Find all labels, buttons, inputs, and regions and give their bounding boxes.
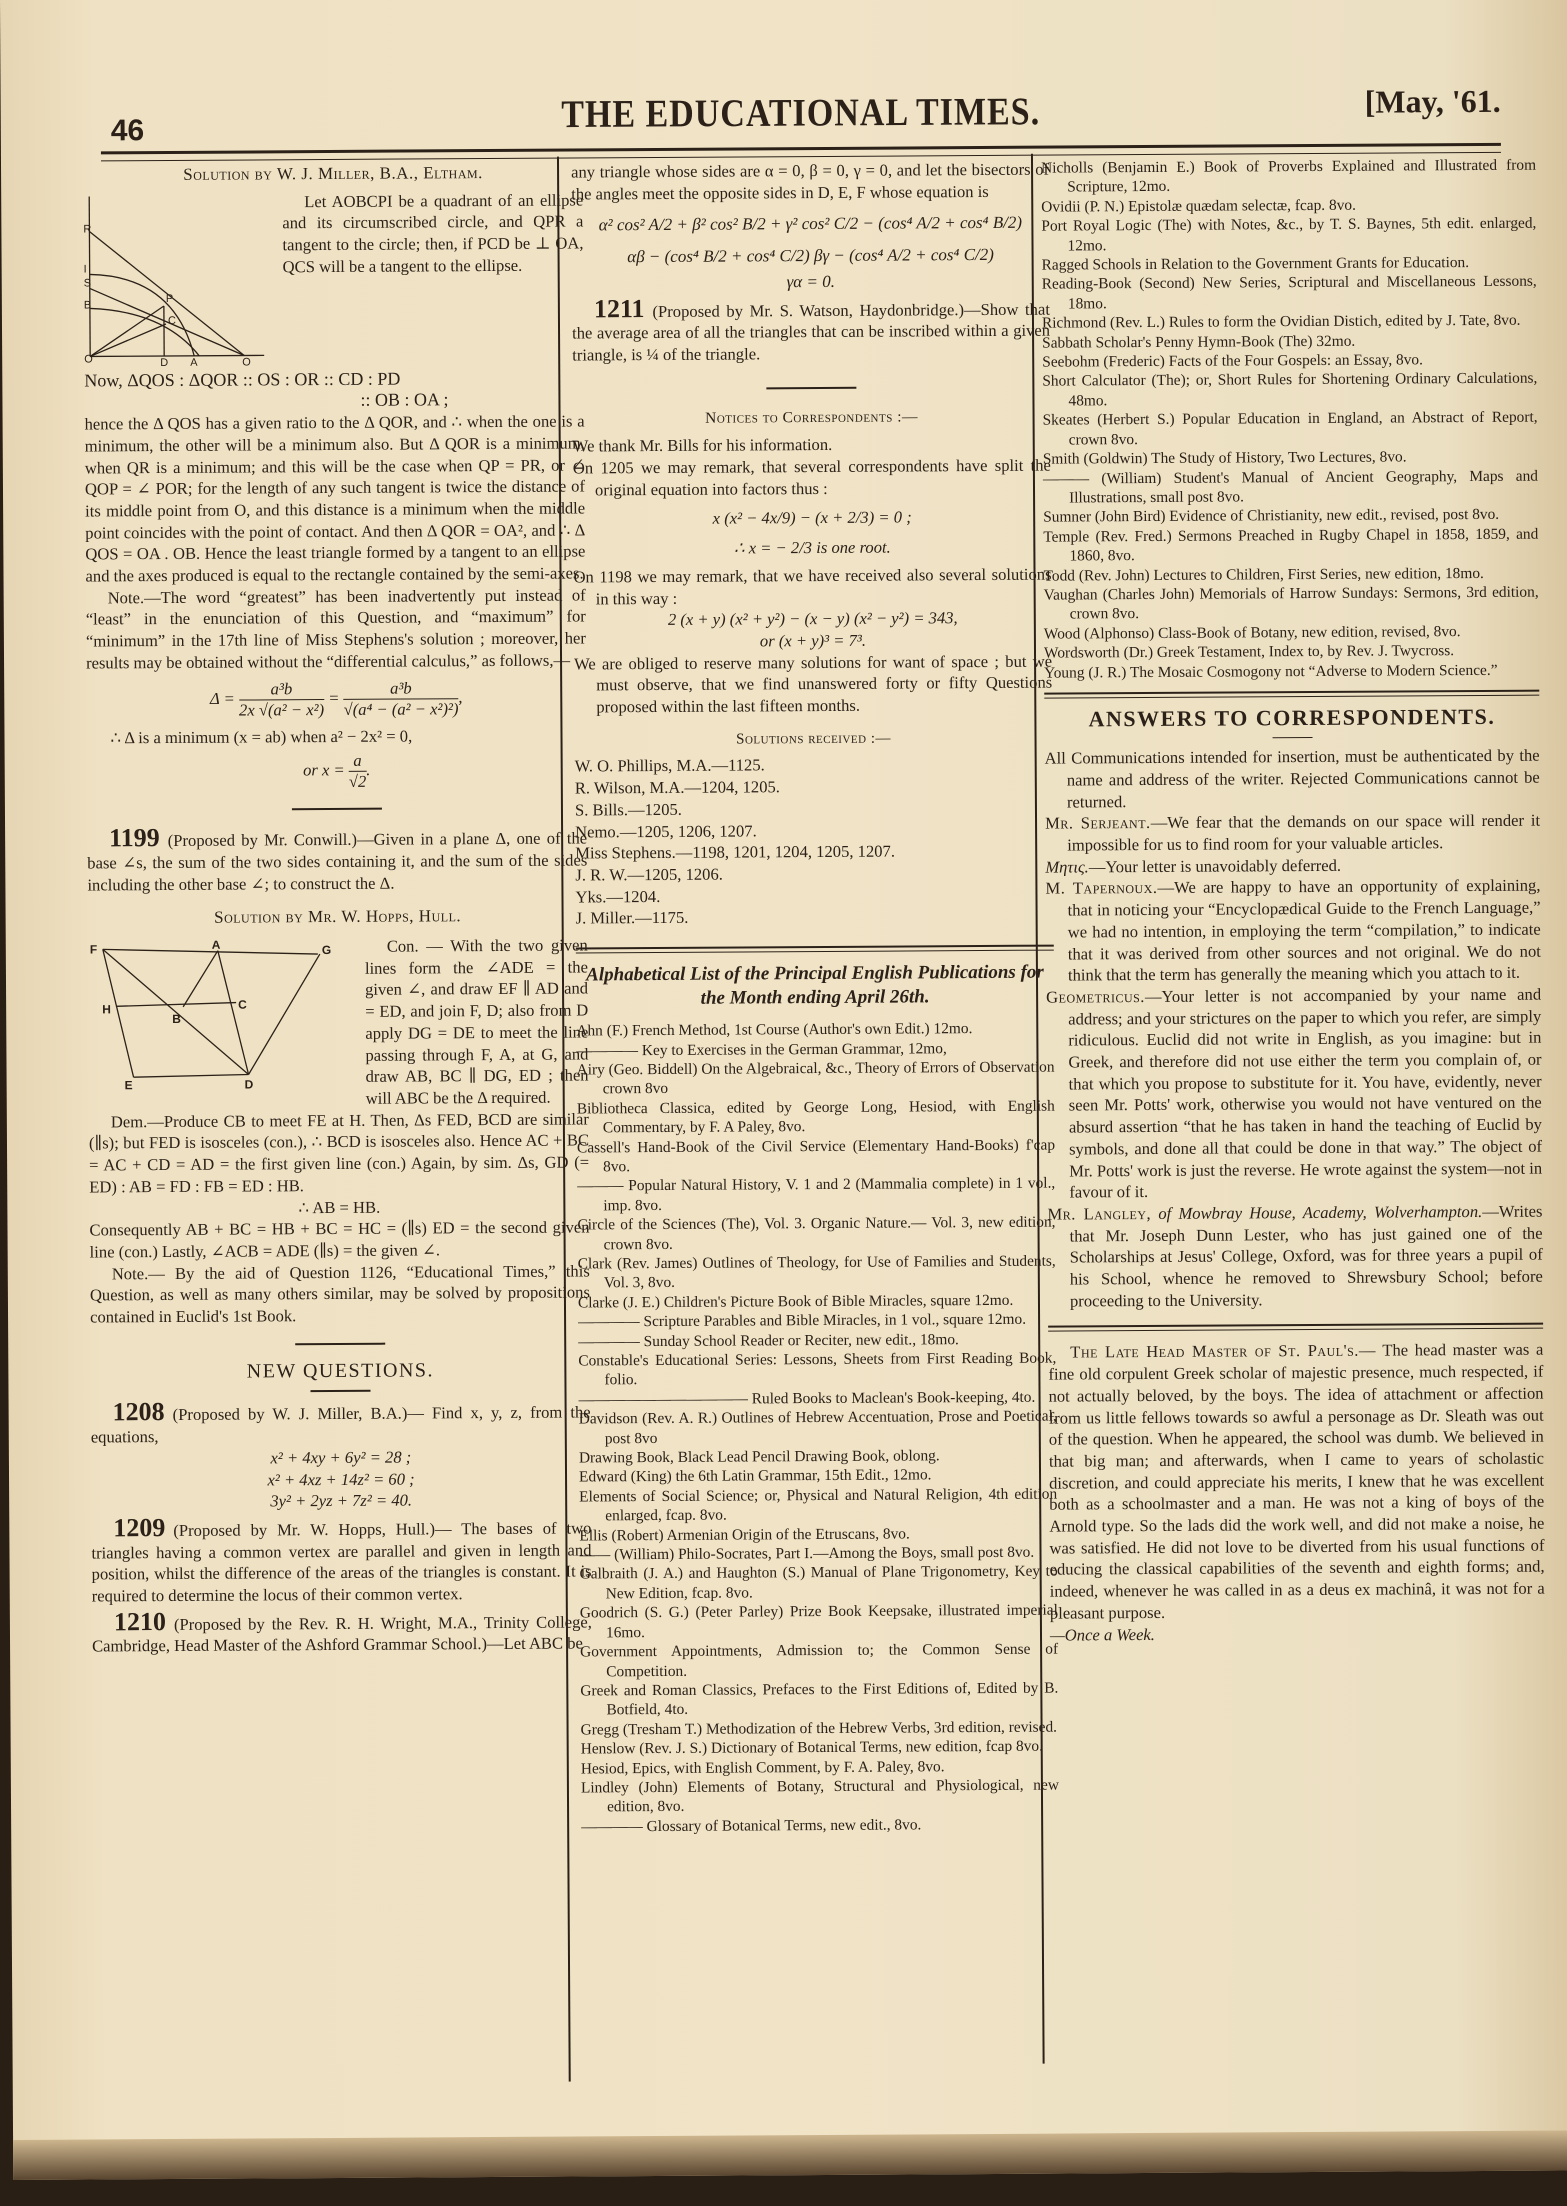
new-questions-heading: NEW QUESTIONS. (90, 1359, 590, 1384)
hopps-note: Note.— By the aid of Question 1126, “Edu… (90, 1260, 590, 1328)
ratio-line-1: Now, ΔQOS : ΔQOR :: OS : OR :: CD : PD (84, 367, 584, 392)
delta-equation: Δ = a³b2x √(a² − x²) = a³b√(a⁴ − (a² − x… (86, 677, 586, 721)
equation-1: x² + 4xy + 6y² = 28 ; (91, 1445, 591, 1470)
publication-entry: Constable's Educational Series: Lessons,… (578, 1349, 1056, 1391)
svg-text:G: G (322, 943, 331, 957)
demonstration-text: Dem.—Produce CB to meet FE at H. Then, Δ… (89, 1108, 590, 1198)
publication-entry: ——— Popular Natural History, V. 1 and 2 … (577, 1174, 1055, 1216)
solution-entry: R. Wilson, M.A.—1204, 1205. (575, 775, 1053, 800)
equation-2: x² + 4xz + 14z² = 60 ; (91, 1467, 591, 1492)
section-double-rule (1048, 1323, 1543, 1332)
bisector-equation-line-3: γα = 0. (572, 269, 1050, 294)
section-double-rule (576, 945, 1054, 954)
solution-entry: J. Miller.—1175. (576, 905, 1054, 930)
section-rule (1272, 737, 1312, 739)
solution-entry: S. Bills.—1205. (575, 796, 1053, 821)
publication-entry: Sumner (John Bird) Evidence of Christian… (1043, 505, 1538, 527)
svg-text:A: A (190, 356, 198, 366)
publication-entry: Clark (Rev. James) Outlines of Theology,… (578, 1252, 1056, 1294)
answers-list: All Communications intended for insertio… (1045, 745, 1543, 1312)
publication-entry: Galbraith (J. A.) and Haughton (S.) Manu… (580, 1562, 1058, 1604)
publication-entry: ———— Glossary of Botanical Terms, new ed… (581, 1814, 1059, 1836)
publications-list-middle: Ahn (F.) French Method, 1st Course (Auth… (576, 1019, 1059, 1837)
issue-date: [May, '61. (1365, 83, 1501, 121)
column-right: Nicholls (Benjamin E.) Book of Proverbs … (1041, 156, 1545, 1646)
svg-text:D: D (160, 357, 168, 367)
publication-entry: Government Appointments, Admission to; t… (580, 1640, 1058, 1682)
miller-argument: hence the Δ QOS has a given ratio to the… (85, 411, 586, 588)
solutions-received-list: W. O. Phillips, M.A.—1125. R. Wilson, M.… (575, 753, 1054, 930)
factor-equation: x (x² − 4x/9) − (x + 2/3) = 0 ; (573, 506, 1051, 531)
section-rule (311, 1390, 371, 1392)
svg-text:R: R (83, 223, 91, 235)
solution-equation-result: or (x + y)³ = 7³. (574, 629, 1052, 654)
column-middle: any triangle whose sides are α = 0, β = … (571, 159, 1059, 1837)
solution-entry: Nemo.—1205, 1206, 1207. (575, 818, 1053, 843)
solution-entry: J. R. W.—1205, 1206. (575, 862, 1053, 887)
solution-entry: W. O. Phillips, M.A.—1125. (575, 753, 1053, 778)
page-header: 46 THE EDUCATIONAL TIMES. [May, '61. (101, 81, 1501, 150)
miller-note: Note.—The word “greatest” has been inadv… (86, 584, 587, 674)
ellipse-tangent-diagram: R I S B P C O D A Q (83, 195, 269, 366)
equation-3: 3y² + 2yz + 7z² = 40. (91, 1489, 591, 1514)
page-bottom-edge (13, 2130, 1567, 2180)
svg-text:F: F (90, 942, 97, 956)
publication-entry: Davidson (Rev. A. R.) Outlines of Hebrew… (579, 1407, 1057, 1449)
notice-item: On 1205 we may remark, that several corr… (573, 455, 1051, 501)
article-source: —Once a Week. (1050, 1621, 1545, 1646)
publication-entry: Elements of Social Science; or, Physical… (579, 1484, 1057, 1526)
answer-item: M. Tapernoux.—We are happy to have an op… (1045, 875, 1541, 987)
question-1209: 1209(Proposed by Mr. W. Hopps, Hull.)— T… (91, 1514, 592, 1607)
question-1210-continued: any triangle whose sides are α = 0, β = … (571, 159, 1049, 205)
svg-text:D: D (245, 1078, 254, 1092)
publication-entry: Vaughan (Charles John) Memorials of Harr… (1044, 583, 1539, 625)
svg-text:E: E (125, 1078, 133, 1091)
solution-entry: Yks.—1204. (575, 883, 1053, 908)
notice-item: We are obliged to reserve many solutions… (574, 650, 1052, 718)
question-1199: 1199(Proposed by Mr. Conwill.)—Given in … (87, 825, 587, 896)
publications-list-right: Nicholls (Benjamin E.) Book of Proverbs … (1041, 156, 1539, 683)
question-1208: 1208(Proposed by W. J. Miller, B.A.)— Fi… (91, 1399, 591, 1448)
answer-item: Mr. Langley, of Mowbray House, Academy, … (1047, 1201, 1543, 1313)
notice-item: On 1198 we may remark, that we have rece… (573, 563, 1051, 609)
answer-item: Μητις.—Your letter is unavoidably deferr… (1045, 853, 1540, 878)
triangle-construction-diagram: FAG HBC ED (88, 940, 354, 1092)
section-rule (295, 1342, 385, 1345)
svg-text:P: P (166, 293, 173, 305)
ratio-line-2: :: OB : OA ; (84, 389, 584, 414)
publication-entry: Richmond (Rev. L.) Rules to form the Ovi… (1042, 311, 1537, 333)
answer-item: All Communications intended for insertio… (1045, 745, 1540, 813)
publication-entry: Reading-Book (Second) New Series, Script… (1042, 272, 1537, 314)
publication-entry: Nicholls (Benjamin E.) Book of Proverbs … (1041, 156, 1536, 198)
publication-entry: Port Royal Logic (The) with Notes, &c., … (1041, 214, 1536, 256)
answers-heading: ANSWERS TO CORRESPONDENTS. (1044, 706, 1539, 731)
notice-item: We thank Mr. Bills for his information. (573, 433, 1051, 458)
newspaper-page: 46 THE EDUCATIONAL TIMES. [May, '61. Sol… (0, 0, 1567, 2180)
svg-text:A: A (212, 940, 221, 952)
question-1210: 1210(Proposed by the Rev. R. H. Wright, … (92, 1608, 592, 1657)
publication-entry: Lindley (John) Elements of Botany, Struc… (581, 1776, 1059, 1818)
consequently-text: Consequently AB + BC = HB + BC = HC = (∥… (89, 1217, 589, 1263)
publication-entry: Skeates (Herbert S.) Popular Education i… (1043, 408, 1538, 450)
bisector-equation-line-2: αβ − (cos⁴ B/2 + cos⁴ C/2) βγ − (cos⁴ A/… (572, 244, 1050, 269)
publication-entry: Goodrich (S. G.) (Peter Parley) Prize Bo… (580, 1601, 1058, 1643)
svg-text:O: O (84, 353, 93, 365)
publication-entry: Greek and Roman Classics, Prefaces to th… (580, 1678, 1058, 1720)
bisector-equation-line-1: α² cos² A/2 + β² cos² B/2 + γ² cos² C/2 … (571, 212, 1049, 237)
svg-text:C: C (238, 998, 247, 1012)
solution-heading-miller: Solution by W. J. Miller, B.A., Eltham. (83, 161, 583, 186)
answer-item: Geometricus.—Your letter is not accompan… (1046, 984, 1542, 1204)
publication-entry: Henslow (Rev. J. S.) Dictionary of Botan… (581, 1737, 1059, 1759)
svg-text:S: S (84, 277, 91, 289)
publication-entry: Young (J. R.) The Mosaic Cosmogony not “… (1044, 660, 1539, 682)
solutions-received-heading: Solutions received :— (574, 727, 1052, 752)
publications-heading: Alphabetical List of the Principal Engli… (576, 961, 1054, 1012)
demonstration-result: ∴ AB = HB. (89, 1195, 589, 1220)
svg-text:I: I (84, 263, 87, 275)
publication-entry: Airy (Geo. Biddell) On the Algebraical, … (576, 1057, 1054, 1099)
publication-entry: Cassell's Hand-Book of the Civil Service… (577, 1135, 1055, 1177)
section-rule (292, 808, 382, 811)
section-double-rule (1044, 690, 1539, 699)
publication-entry: Circle of the Sciences (The), Vol. 3. Or… (577, 1213, 1055, 1255)
publication-entry: ——— (William) Student's Manual of Ancien… (1043, 466, 1538, 508)
publication-entry: ———— Scripture Parables and Bible Miracl… (578, 1310, 1056, 1332)
solution-heading-hopps: Solution by Mr. W. Hopps, Hull. (88, 905, 588, 930)
svg-text:B: B (172, 1012, 181, 1026)
publication-entry: Short Calculator (The); or, Short Rules … (1042, 369, 1537, 411)
publication-entry: Bibliotheca Classica, edited by George L… (577, 1096, 1055, 1138)
svg-text:Q: Q (242, 356, 251, 366)
answer-item: Mr. Serjeant.—We fear that the demands o… (1045, 810, 1540, 856)
svg-text:C: C (168, 315, 176, 327)
publication-entry: Temple (Rev. Fred.) Sermons Preached in … (1043, 524, 1538, 566)
late-head-master-article: The Late Head Master of St. Paul's.— The… (1048, 1339, 1545, 1624)
svg-text:B: B (84, 299, 91, 311)
x-solution: or x = a√2. (87, 750, 587, 794)
notices-heading: Notices to Correspondents :— (573, 405, 1051, 430)
minimum-condition: ∴ Δ is a minimum (x = ab) when a² − 2x² … (86, 724, 586, 749)
svg-text:H: H (102, 1002, 111, 1016)
publication-title: THE EDUCATIONAL TIMES. (101, 88, 1501, 140)
solution-equation: 2 (x + y) (x² + y²) − (x − y) (x² − y²) … (574, 607, 1052, 632)
question-1211: 1211(Proposed by Mr. S. Watson, Haydonbr… (572, 295, 1050, 366)
root-statement: ∴ x = − 2/3 is one root. (573, 536, 1051, 561)
column-left: Solution by W. J. Miller, B.A., Eltham. … (83, 161, 592, 1657)
solution-entry: Miss Stephens.—1198, 1201, 1204, 1205, 1… (575, 840, 1053, 865)
section-rule (766, 386, 856, 389)
